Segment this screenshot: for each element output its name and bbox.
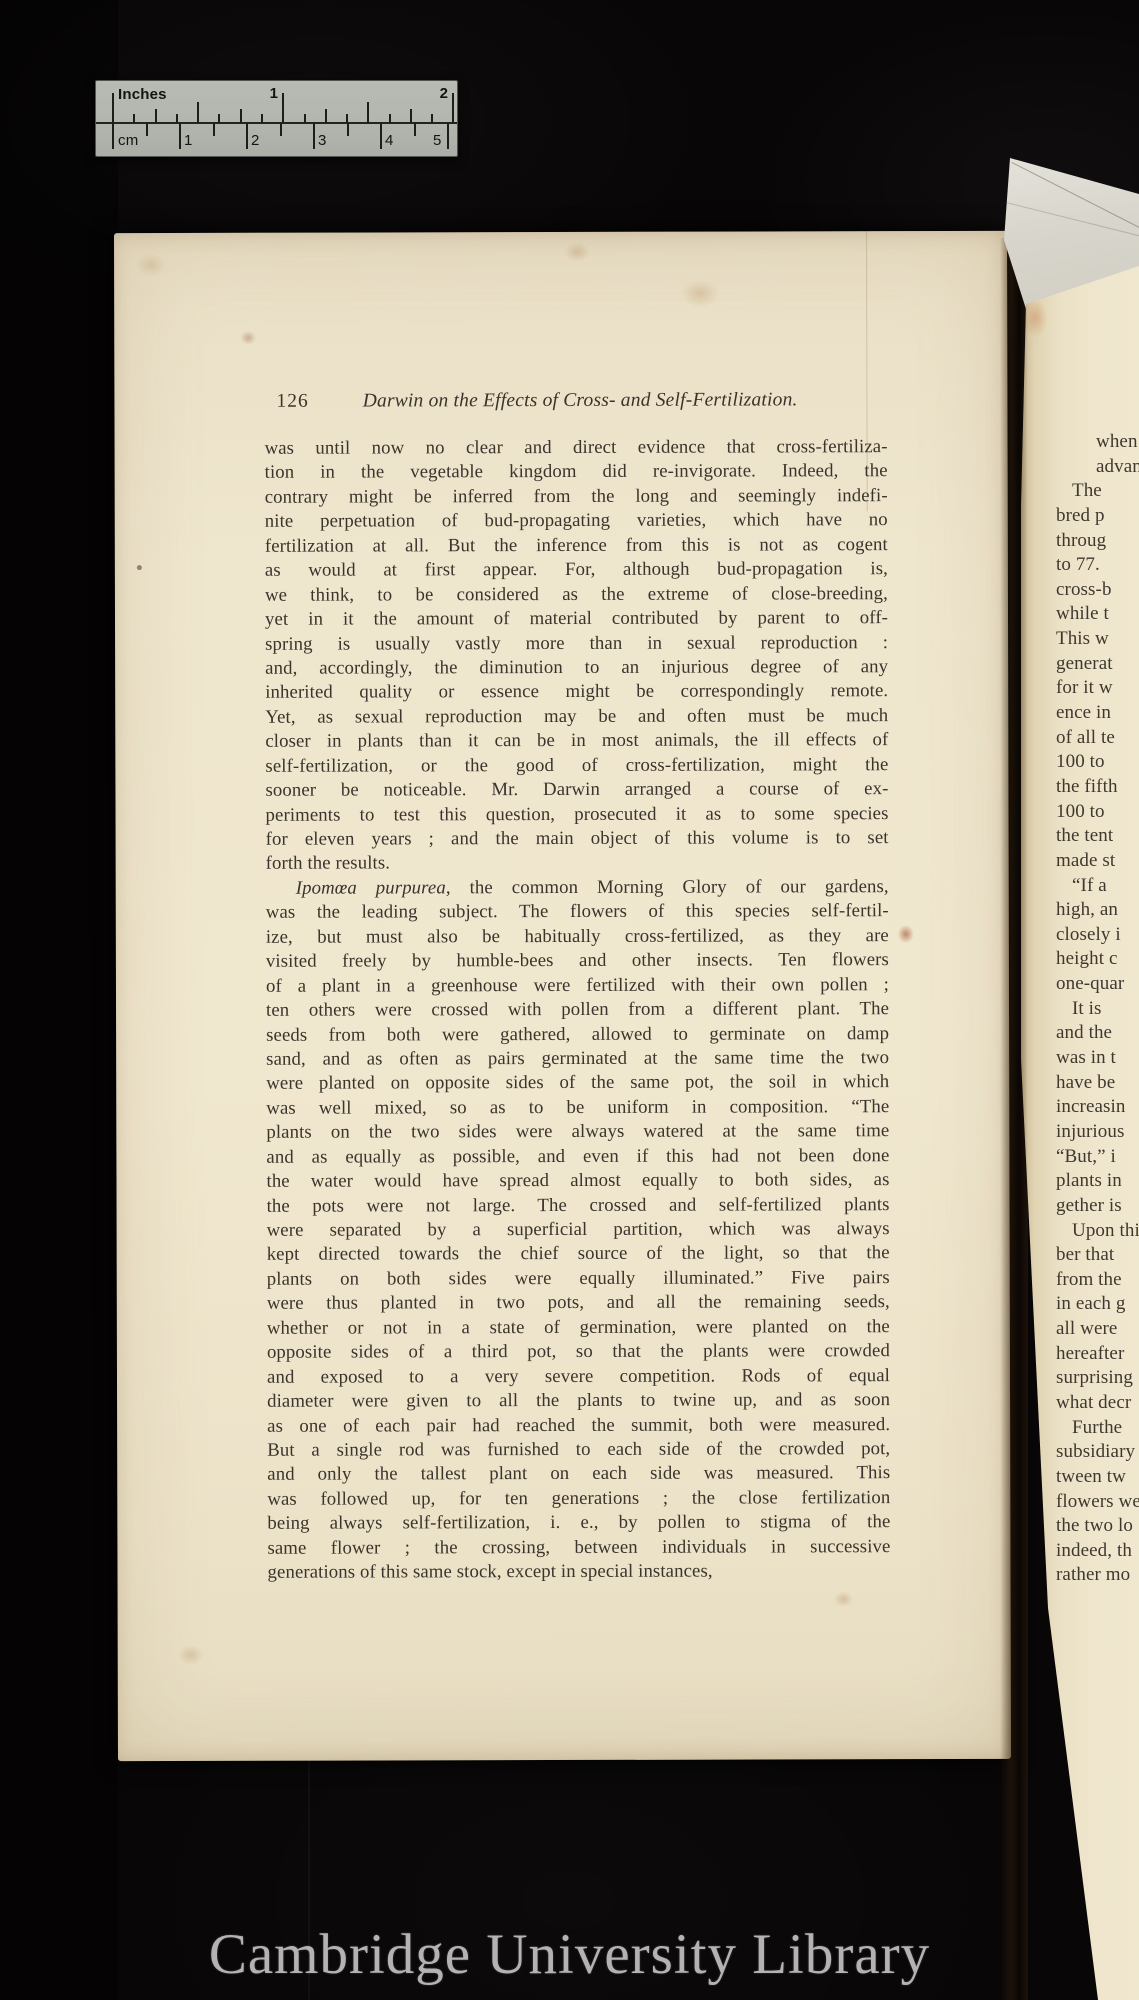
inch-tick xyxy=(304,114,306,123)
ruler-cm-label: cm xyxy=(118,133,138,148)
foxing-stain xyxy=(898,925,914,943)
facing-page-line-fragment: high, an xyxy=(1056,898,1139,923)
inch-tick xyxy=(325,109,327,123)
body-line: and as equally as possible, and even if … xyxy=(266,1144,889,1170)
body-line: opposite sides of a third pot, so that t… xyxy=(267,1339,890,1365)
cm-tick xyxy=(146,123,148,136)
body-line: ten others were crossed with pollen from… xyxy=(266,997,889,1023)
facing-page-line-fragment: ber that xyxy=(1056,1243,1139,1268)
body-line: kept directed towards the chief source o… xyxy=(267,1242,890,1268)
body-line: periments to test this question, prosecu… xyxy=(265,802,888,828)
inch-tick xyxy=(176,114,178,123)
facing-page-line-fragment: tween tw xyxy=(1056,1465,1139,1490)
facing-page-line-fragment: advan xyxy=(1056,455,1139,480)
inch-tick xyxy=(112,93,114,123)
facing-page-line-fragment: surprising xyxy=(1056,1366,1139,1391)
body-line: was well mixed, so as to be uniform in c… xyxy=(266,1095,889,1121)
body-line: closer in plants than it can be in most … xyxy=(265,728,888,754)
running-title: Darwin on the Effects of Cross- and Self… xyxy=(363,389,798,412)
page-header: 126 Darwin on the Effects of Cross- and … xyxy=(264,389,904,413)
facing-page-text-fragments: whenadvanThebred pthrougto 77.cross-bwhi… xyxy=(1056,430,1139,1588)
facing-page-line-fragment: was in t xyxy=(1056,1046,1139,1071)
facing-page-line-fragment: ence in xyxy=(1056,701,1139,726)
body-line: was followed up, for ten generations ; t… xyxy=(267,1486,890,1512)
ruler-midline xyxy=(96,122,457,124)
body-line: ize, but must also be habitually cross-f… xyxy=(266,924,889,950)
facing-page-line-fragment: have be xyxy=(1056,1071,1139,1096)
facing-page-line-fragment: This w xyxy=(1056,627,1139,652)
foxing-stain xyxy=(680,280,720,308)
cm-number: 3 xyxy=(318,133,326,148)
body-line: self-fertilization, or the good of cross… xyxy=(265,753,888,779)
cm-number: 1 xyxy=(184,133,192,148)
foxing-stain xyxy=(136,253,166,277)
velvet-background-left xyxy=(0,0,118,2000)
body-line: plants on the two sides were always wate… xyxy=(266,1119,889,1145)
page-number: 126 xyxy=(264,391,308,413)
facing-page-line-fragment: all were xyxy=(1056,1317,1139,1342)
leaf-fold-line xyxy=(1012,162,1139,231)
inch-tick xyxy=(410,109,412,123)
body-line: and exposed to a very severe competition… xyxy=(267,1364,890,1390)
facing-page-line-fragment: of all te xyxy=(1056,726,1139,751)
facing-page-line-fragment: one-quar xyxy=(1056,972,1139,997)
facing-page-line-fragment: gether is xyxy=(1056,1194,1139,1219)
facing-page-line-fragment: plants in xyxy=(1056,1169,1139,1194)
ink-speck xyxy=(137,565,142,570)
inch-tick xyxy=(261,114,263,123)
inch-tick xyxy=(133,114,135,123)
body-line: the pots were not large. The crossed and… xyxy=(267,1193,890,1219)
facing-page-line-fragment: Furthe xyxy=(1056,1416,1139,1441)
inch-tick xyxy=(389,114,391,123)
body-line: were thus planted in two pots, and all t… xyxy=(267,1290,890,1316)
inch-tick xyxy=(197,102,199,123)
body-line: Ipomœa purpurea, the common Morning Glor… xyxy=(266,875,889,901)
body-line: as would at first appear. For, although … xyxy=(265,557,888,583)
body-line: being always self-fertilization, i. e., … xyxy=(267,1510,890,1536)
body-line: diameter were given to all the plants to… xyxy=(267,1388,890,1414)
cm-tick xyxy=(280,123,282,136)
body-line: and, accordingly, the diminution to an i… xyxy=(265,655,888,681)
body-line: sand, and as often as pairs germinated a… xyxy=(266,1046,889,1072)
facing-page-line-fragment: subsidiary xyxy=(1056,1440,1139,1465)
facing-page-line-fragment: closely i xyxy=(1056,923,1139,948)
inch-tick xyxy=(431,114,433,123)
body-line: spring is usually vastly more than in se… xyxy=(265,631,888,657)
body-line: was the leading subject. The flowers of … xyxy=(266,899,889,925)
facing-page-line-fragment: It is xyxy=(1056,997,1139,1022)
cm-number: 5 xyxy=(433,133,441,148)
inch-tick xyxy=(346,114,348,123)
foxing-stain xyxy=(240,331,256,345)
library-caption: Cambridge University Library xyxy=(0,1922,1139,1987)
body-line: were separated by a superficial partitio… xyxy=(267,1217,890,1243)
facing-page-line-fragment: 100 to xyxy=(1056,800,1139,825)
facing-page-line-fragment: when xyxy=(1056,430,1139,455)
facing-page-line-fragment: cross-b xyxy=(1056,578,1139,603)
scanned-book-photograph: Inches cm 12 12345 126 Darwin on the Eff… xyxy=(0,0,1139,2000)
facing-page-line-fragment: injurious xyxy=(1056,1120,1139,1145)
facing-page-line-fragment: 100 to xyxy=(1056,750,1139,775)
body-line: tion in the vegetable kingdom did re-inv… xyxy=(265,460,888,486)
cm-tick xyxy=(414,123,416,136)
body-line: forth the results. xyxy=(266,851,889,877)
inch-tick xyxy=(155,109,157,123)
facing-page-line-fragment: the tent xyxy=(1056,824,1139,849)
facing-page-line-fragment: rather mo xyxy=(1056,1563,1139,1588)
body-line: was until now no clear and direct eviden… xyxy=(265,435,888,461)
ruler-inches-label: Inches xyxy=(118,87,167,102)
facing-page-line-fragment: to 77. xyxy=(1056,553,1139,578)
book-page: 126 Darwin on the Effects of Cross- and … xyxy=(114,231,1011,1761)
facing-page-line-fragment: for it w xyxy=(1056,676,1139,701)
facing-page-line-fragment: what decr xyxy=(1056,1391,1139,1416)
facing-page-line-fragment: and the xyxy=(1056,1021,1139,1046)
body-line: sooner be noticeable. Mr. Darwin arrange… xyxy=(265,777,888,803)
facing-page-line-fragment: The xyxy=(1056,479,1139,504)
facing-page-line-fragment: the two lo xyxy=(1056,1514,1139,1539)
body-line: nite perpetuation of bud-propagating var… xyxy=(265,508,888,534)
cm-number: 4 xyxy=(385,133,393,148)
inch-number: 2 xyxy=(430,86,448,101)
measuring-ruler: Inches cm 12 12345 xyxy=(95,80,458,157)
body-line: the water would have spread almost equal… xyxy=(266,1168,889,1194)
facing-page-line-fragment: made st xyxy=(1056,849,1139,874)
body-line: for eleven years ; and the main object o… xyxy=(266,826,889,852)
cm-tick xyxy=(380,123,382,149)
cm-tick xyxy=(347,123,349,136)
facing-page-line-fragment: hereafter xyxy=(1056,1342,1139,1367)
facing-page-line-fragment: bred p xyxy=(1056,504,1139,529)
facing-page-line-fragment: from the xyxy=(1056,1268,1139,1293)
body-line: were planted on opposite sides of the sa… xyxy=(266,1071,889,1097)
body-line: contrary might be inferred from the long… xyxy=(265,484,888,510)
body-line: Yet, as sexual reproduction may be and o… xyxy=(265,704,888,730)
body-line: yet in it the amount of material contrib… xyxy=(265,606,888,632)
facing-page-line-fragment: generat xyxy=(1056,652,1139,677)
cm-tick xyxy=(313,123,315,149)
body-text: was until now no clear and direct eviden… xyxy=(265,435,891,1585)
foxing-stain xyxy=(564,242,590,262)
body-line: whether or not in a state of germination… xyxy=(267,1315,890,1341)
leaf-fold-line xyxy=(1006,202,1139,237)
species-name-italic: Ipomœa purpurea xyxy=(296,877,446,898)
facing-page-line-fragment: throug xyxy=(1056,529,1139,554)
body-line: inherited quality or essence might be co… xyxy=(265,680,888,706)
facing-page-line-fragment: Upon thi xyxy=(1056,1219,1139,1244)
cm-tick xyxy=(246,123,248,149)
foxing-stain xyxy=(178,1645,204,1665)
facing-page-line-fragment: flowers we xyxy=(1056,1490,1139,1515)
cm-tick xyxy=(112,123,114,149)
body-line: visited freely by humble-bees and other … xyxy=(266,948,889,974)
facing-page-line-fragment: while t xyxy=(1056,602,1139,627)
facing-page-line-fragment: height c xyxy=(1056,947,1139,972)
facing-page-line-fragment: increasin xyxy=(1056,1095,1139,1120)
inch-tick xyxy=(282,93,284,123)
cm-tick xyxy=(213,123,215,136)
cm-number: 2 xyxy=(251,133,259,148)
body-line: and only the tallest plant on each side … xyxy=(267,1462,890,1488)
body-line: generations of this same stock, except i… xyxy=(267,1559,890,1585)
facing-page-line-fragment: “If a xyxy=(1056,874,1139,899)
inch-tick xyxy=(367,102,369,123)
body-line: fertilization at all. But the inference … xyxy=(265,533,888,559)
body-line: seeds from both were gathered, allowed t… xyxy=(266,1022,889,1048)
cm-tick xyxy=(179,123,181,149)
body-line: as one of each pair had reached the summ… xyxy=(267,1413,890,1439)
facing-page-line-fragment: “But,” i xyxy=(1056,1145,1139,1170)
facing-page-line-fragment: in each g xyxy=(1056,1292,1139,1317)
inch-tick xyxy=(240,109,242,123)
body-line: we think, to be considered as the extrem… xyxy=(265,582,888,608)
inch-number: 1 xyxy=(260,86,278,101)
inch-tick xyxy=(218,114,220,123)
foxing-stain xyxy=(834,1591,854,1607)
body-line: same flower ; the crossing, between indi… xyxy=(267,1535,890,1561)
body-line: But a single rod was furnished to each s… xyxy=(267,1437,890,1463)
facing-page-line-fragment: the fifth xyxy=(1056,775,1139,800)
cm-tick xyxy=(447,123,449,149)
body-line: plants on both sides were equally illumi… xyxy=(267,1266,890,1292)
inch-tick xyxy=(452,93,454,123)
body-line: of a plant in a greenhouse were fertiliz… xyxy=(266,973,889,999)
facing-page-line-fragment: indeed, th xyxy=(1056,1539,1139,1564)
